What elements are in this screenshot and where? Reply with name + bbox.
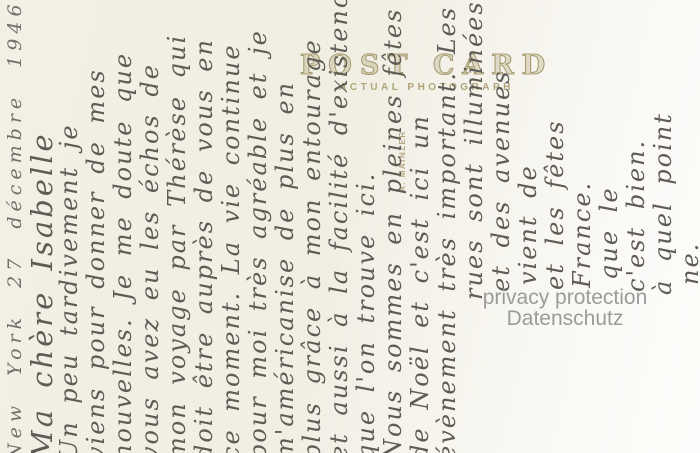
letter-line: nouvelles. Je me doute que — [110, 0, 137, 453]
letter-line: m'américanise de plus en — [272, 0, 299, 453]
letter-line: vient de — [515, 0, 542, 453]
letter-line: doit être auprès de vous en — [191, 0, 218, 453]
letter-line: rues sont illuminées — [461, 0, 488, 453]
letter-line: et des avenues — [488, 0, 515, 453]
letter-line: France. — [569, 0, 596, 453]
letter-line: et les fêtes — [542, 0, 569, 453]
letter-line: et aussi à la facilité d'existence — [326, 0, 353, 453]
privacy-watermark-line2: Datenschutz — [450, 308, 680, 329]
letter-line: mon voyage par Thérèse qui — [164, 0, 191, 453]
postcard-scan: POST CARD ACTUAL PHOTOGRAPH A. MAINZER N… — [0, 0, 700, 453]
letter-line: évènement très important. Les — [434, 0, 461, 453]
letter-line: de Noël et c'est ici un — [407, 0, 434, 453]
letter-line: pour moi très agréable et je — [245, 0, 272, 453]
privacy-watermark-line1: privacy protection — [450, 287, 680, 308]
letter-line: ce moment. La vie continue — [218, 0, 245, 453]
letter-line: c'est bien. — [623, 0, 650, 453]
letter-line: Nous sommes en pleines fêtes — [380, 0, 407, 453]
letter-line: Ma chère Isabelle — [29, 0, 56, 453]
letter-line: ne. — [677, 0, 700, 453]
letter-line: Un peu tardivement je — [56, 0, 83, 453]
handwritten-letter: New York 27 décembre 1946Ma chère Isabel… — [2, 0, 700, 453]
letter-line: viens pour donner de mes — [83, 0, 110, 453]
letter-line: que l'on trouve ici. — [353, 0, 380, 453]
privacy-watermark: privacy protection Datenschutz — [450, 287, 680, 329]
letter-line: à quel point — [650, 0, 677, 453]
letter-lines: New York 27 décembre 1946Ma chère Isabel… — [2, 0, 700, 453]
letter-line: que le — [596, 0, 623, 453]
letter-line: plus grâce à mon entourage — [299, 0, 326, 453]
letter-line: vous avez eu les échos de — [137, 0, 164, 453]
